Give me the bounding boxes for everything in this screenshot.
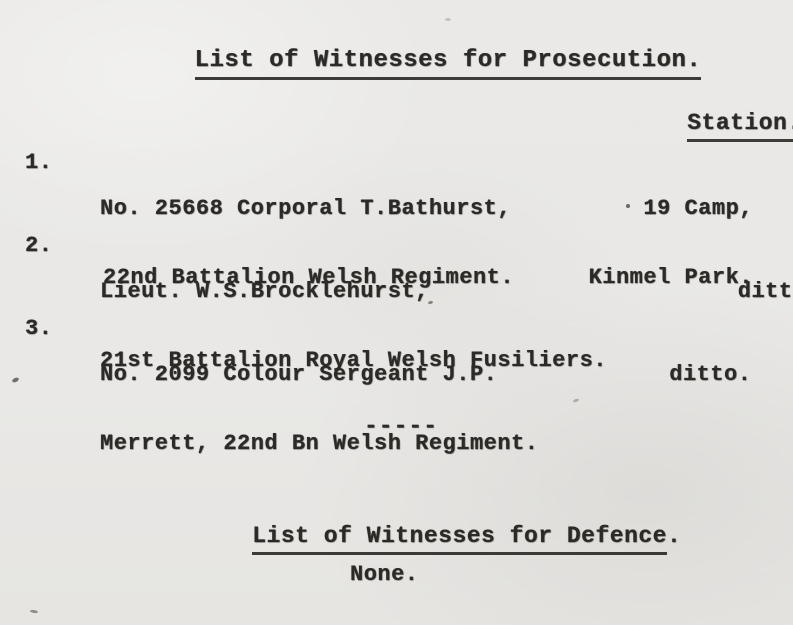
witness-entry-3: 3. No. 2099 Colour Sergeant J.P. Merrett… <box>25 317 753 501</box>
scanned-document-page: List of Witnesses for Prosecution. Stati… <box>0 0 793 625</box>
scan-speck <box>11 377 19 384</box>
witness-station-line1: 19 Camp, <box>518 197 753 220</box>
defence-title: List of Witnesses for Defence. <box>195 497 681 581</box>
witness-desc-line1: No. 25668 Corporal T.Bathurst, <box>100 197 518 220</box>
witness-number: 1. <box>25 151 100 174</box>
witness-number: 3. <box>25 317 100 340</box>
scan-speck <box>626 204 630 208</box>
dash-separator: ----- <box>364 413 438 439</box>
station-header-text: Station. <box>687 110 793 142</box>
witness-desc-line1: No. 2099 Colour Sergeant J.P. <box>100 363 538 386</box>
defence-title-text: List of Witnesses for Defence <box>252 523 667 555</box>
witness-desc-line2: Merrett, 22nd Bn Welsh Regiment. <box>100 432 538 455</box>
witness-station-line1: ditto. <box>607 280 793 303</box>
scan-speck <box>30 609 38 613</box>
witness-station: ditto. <box>538 317 773 432</box>
witness-description: No. 2099 Colour Sergeant J.P. Merrett, 2… <box>100 317 538 501</box>
prosecution-title: List of Witnesses for Prosecution. <box>135 20 701 107</box>
witness-desc-line1: Lieut. W.S.Brocklehurst, <box>100 280 607 303</box>
defence-body-none: None. <box>350 562 419 587</box>
witness-station-line1: ditto. <box>538 363 751 386</box>
prosecution-title-text: List of Witnesses for Prosecution. <box>195 47 702 80</box>
scan-speck <box>445 18 451 21</box>
defence-title-period: . <box>667 523 681 549</box>
witness-number: 2. <box>25 234 100 257</box>
